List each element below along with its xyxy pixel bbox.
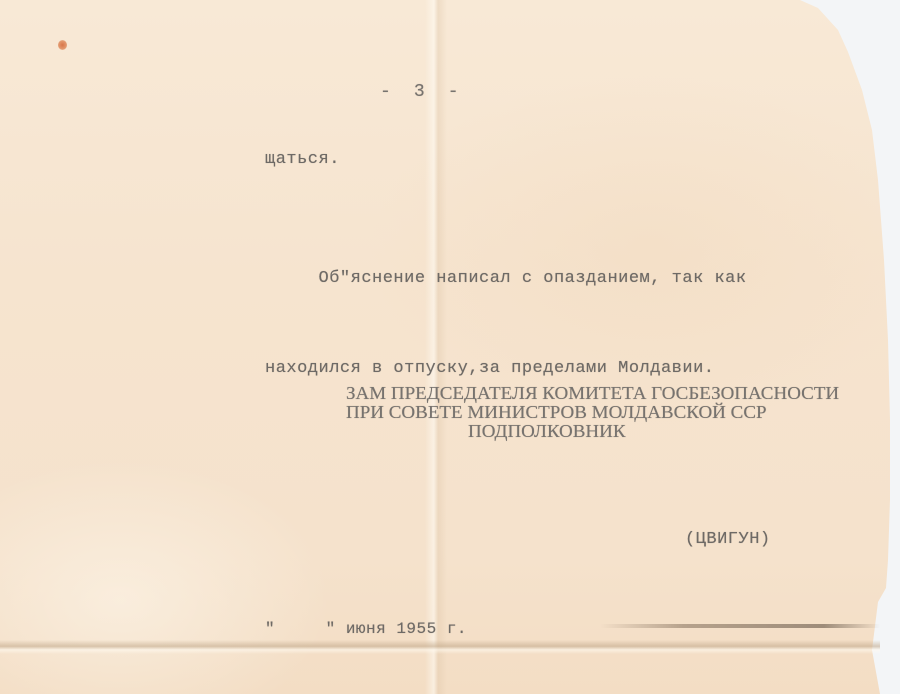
continuation-line: щаться. bbox=[265, 145, 340, 175]
page-number: - 3 - bbox=[380, 82, 459, 102]
signer-name: (ЦВИГУН) bbox=[685, 530, 771, 549]
paragraph-line-2: находился в отпуску,за пределами Молдави… bbox=[265, 354, 747, 384]
signature-title-line-1: ЗАМ ПРЕДСЕДАТЕЛЯ КОМИТЕТА ГОСБЕЗОПАСНОСТ… bbox=[346, 385, 839, 404]
date-line: " " июня 1955 г. bbox=[265, 620, 467, 638]
scanned-document: - 3 - щаться. Об"яснение написал с опазд… bbox=[0, 0, 900, 694]
signature-rank: ПОДПОЛКОВНИК bbox=[468, 423, 626, 442]
paragraph-line-1: Об"яснение написал с опазданием, так как bbox=[265, 264, 747, 294]
rust-stain bbox=[58, 40, 67, 50]
signature-title-line-2: ПРИ СОВЕТЕ МИНИСТРОВ МОЛДАВСКОЙ ССР bbox=[346, 404, 767, 423]
